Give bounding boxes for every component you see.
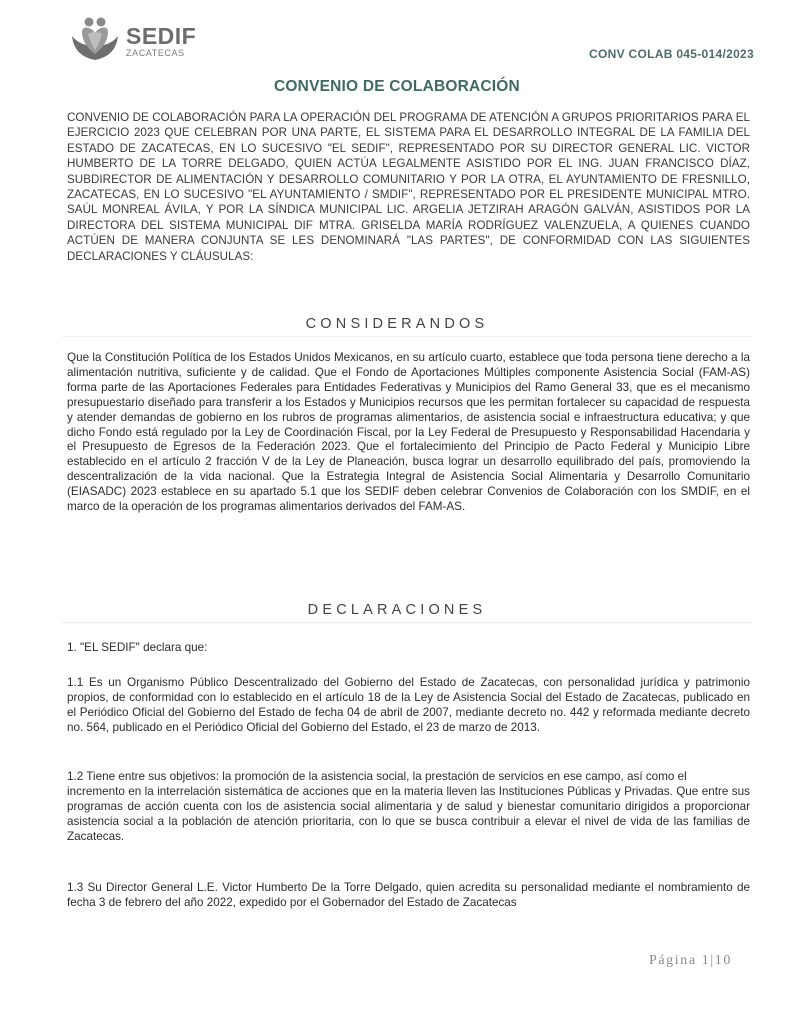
family-heart-logo-icon xyxy=(70,16,120,67)
declaration-item-1-2-line1: 1.2 Tiene entre sus objetivos: la promoc… xyxy=(67,770,750,785)
section-heading-declaraciones: DECLARACIONES xyxy=(0,602,794,618)
declaration-item-1-3: 1.3 Su Director General L.E. Victor Humb… xyxy=(67,881,750,911)
divider xyxy=(62,622,752,623)
divider xyxy=(62,336,752,337)
sedif-logo: SEDIF ZACATECAS xyxy=(70,16,196,67)
section-heading-considerandos: CONSIDERANDOS xyxy=(0,316,794,332)
declaration-item-1-1: 1.1 Es un Organismo Público Descentraliz… xyxy=(67,676,750,736)
declaration-item-1-2: 1.2 Tiene entre sus objetivos: la promoc… xyxy=(67,770,750,845)
declaration-item-1-2-line2: incremento en la interrelación sistemáti… xyxy=(67,785,750,845)
logo-subtitle: ZACATECAS xyxy=(126,49,196,58)
document-id: CONV COLAB 045-014/2023 xyxy=(589,47,754,61)
declaration-subheading: 1. "EL SEDIF" declara que: xyxy=(67,641,750,656)
page-number: Página 1|10 xyxy=(649,953,732,969)
considerandos-paragraph: Que la Constitución Política de los Esta… xyxy=(67,351,750,515)
document-title: CONVENIO DE COLABORACIÓN xyxy=(0,78,794,96)
intro-paragraph: CONVENIO DE COLABORACIÓN PARA LA OPERACI… xyxy=(67,110,750,264)
logo-name: SEDIF xyxy=(126,25,196,48)
